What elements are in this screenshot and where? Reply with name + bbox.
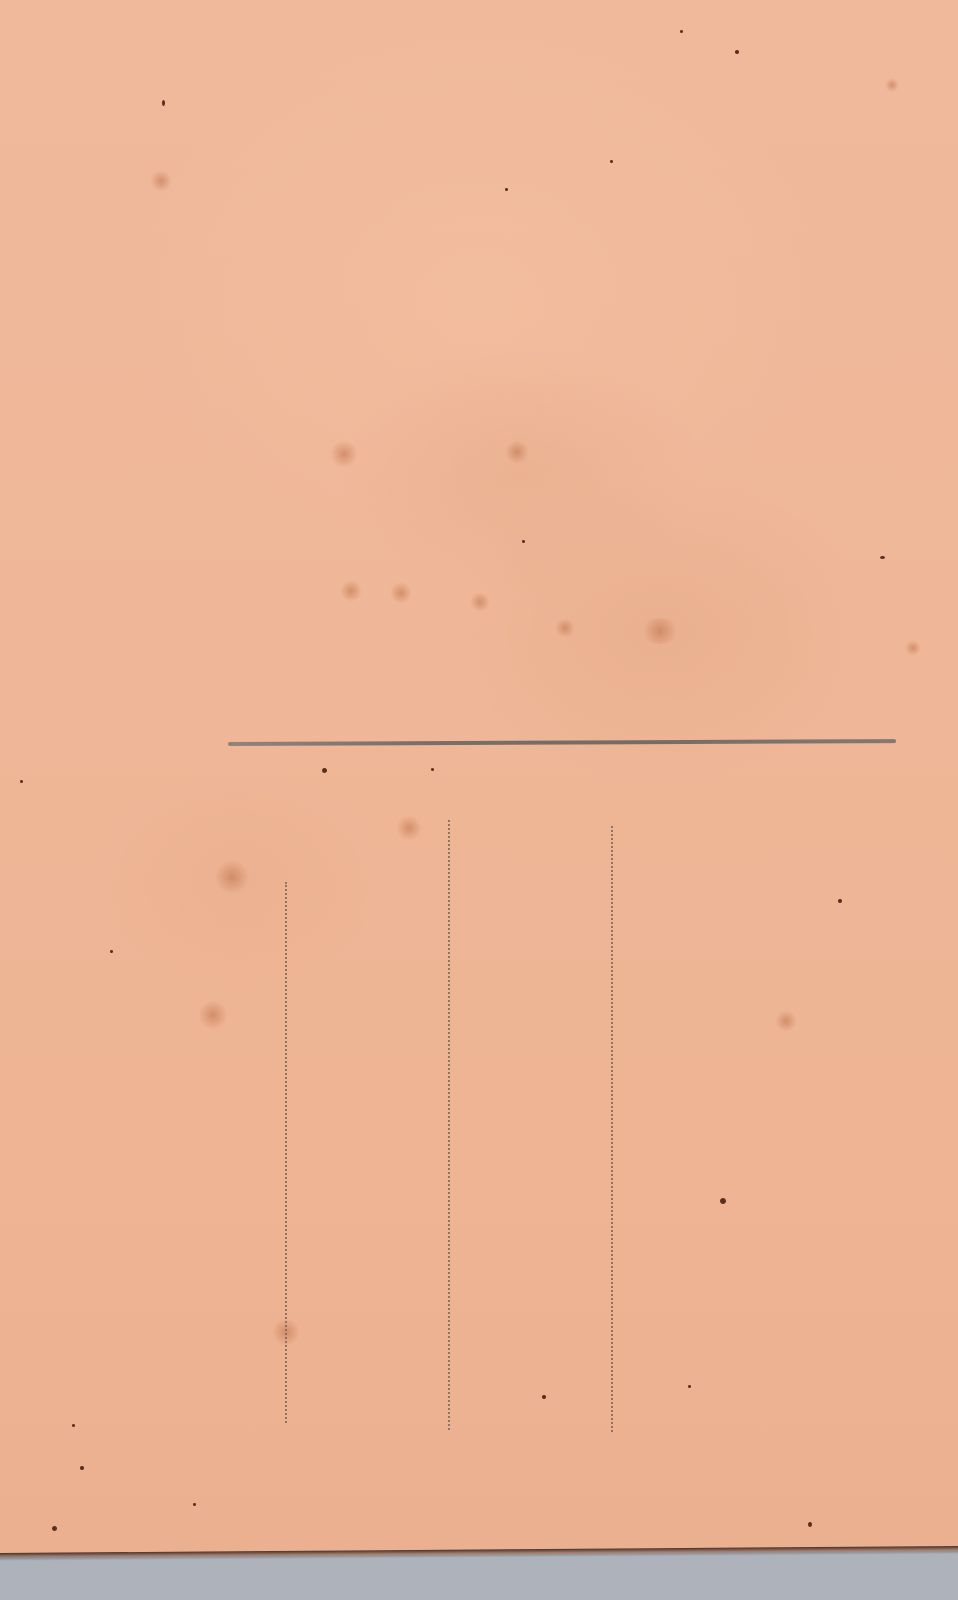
speck [72, 1424, 75, 1427]
foxing-stain [390, 582, 412, 604]
foxing-stain [330, 440, 358, 468]
speck [20, 780, 23, 783]
foxing-stain [905, 640, 921, 656]
address-line-3 [611, 826, 613, 1432]
speck [880, 556, 885, 559]
postcard-back [0, 0, 958, 1557]
speck [720, 1198, 726, 1204]
foxing-stain [215, 860, 249, 894]
speck [735, 50, 739, 54]
scan-scene [0, 0, 958, 1600]
address-line-2 [448, 820, 450, 1430]
speck [110, 950, 113, 953]
speck [193, 1503, 196, 1506]
foxing-stain [885, 78, 899, 92]
speck [680, 30, 683, 33]
foxing-stain [470, 592, 490, 612]
speck [162, 100, 165, 106]
foxing-stain [640, 618, 680, 644]
speck [322, 768, 327, 773]
foxing-stain [150, 170, 172, 192]
foxing-stain [505, 440, 529, 464]
divider-line [228, 739, 896, 746]
foxing-stain [198, 1000, 228, 1030]
foxing-stain [396, 815, 422, 841]
address-line-1 [285, 882, 287, 1423]
speck [542, 1395, 546, 1399]
foxing-stain [340, 580, 362, 602]
speck [431, 768, 434, 771]
foxing-stain [775, 1010, 797, 1032]
speck [80, 1466, 84, 1470]
speck [505, 188, 508, 191]
speck [52, 1526, 57, 1531]
speck [838, 899, 842, 903]
speck [808, 1522, 812, 1527]
speck [522, 540, 525, 543]
speck [688, 1385, 691, 1388]
foxing-stain [555, 618, 575, 638]
speck [610, 160, 613, 163]
